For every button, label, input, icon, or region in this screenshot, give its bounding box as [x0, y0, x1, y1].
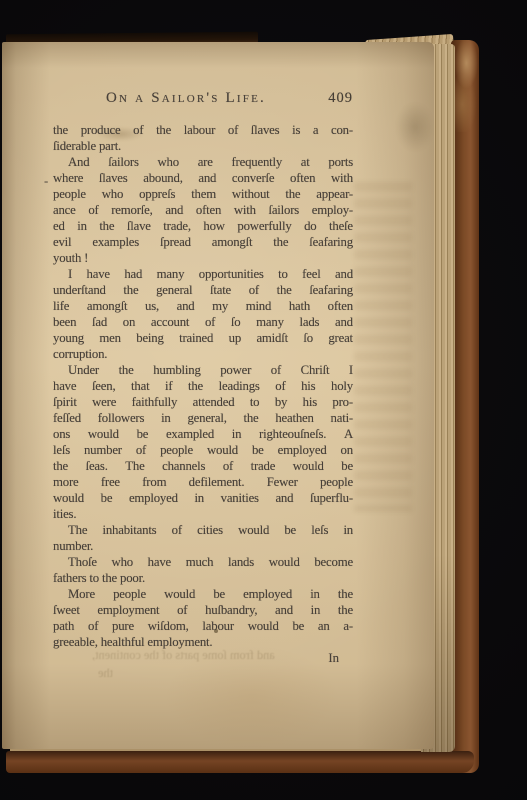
bleedthrough-margin-streaks [354, 182, 412, 512]
printed-text-block: On a Sailor's Life. 409 theproduceofthel… [53, 90, 353, 666]
text-line: whereſlavesabound,andconverſeoftenwith [53, 170, 353, 186]
text-line: anceofremorſe,andoftenwithſailorsemploy- [53, 202, 353, 218]
text-line: edintheſlavetrade,howpowerfullydotheſe [53, 218, 353, 234]
page-number: 409 [319, 90, 353, 107]
book-cover-right-edge [451, 40, 479, 773]
text-line: wouldbeemployedinvanitiesandſuperflu- [53, 490, 353, 506]
text-line: youth ! [53, 250, 353, 266]
book-photo-scene: - On a Sailor's Life. 409 theproduceofth… [0, 0, 527, 800]
text-line: beenſadonaccountofſomanyladsand [53, 314, 353, 330]
text-line: ities. [53, 506, 353, 522]
text-line: Thoſewhohavemuchlandswouldbecome [53, 554, 353, 570]
text-line: theſeas.Thechannelsoftradewouldbe [53, 458, 353, 474]
text-line: number. [53, 538, 353, 554]
bleedthrough-line: the [98, 666, 113, 681]
text-line: fathers to the poor. [53, 570, 353, 586]
margin-print-artifact: - [44, 174, 48, 189]
worn-leather-corner [451, 40, 479, 132]
text-body: theproduceofthelabourofſlavesisacon-ſide… [53, 122, 353, 650]
text-line: Andſailorswhoarefrequentlyatports [53, 154, 353, 170]
text-line: Theinhabitantsofcitieswouldbeleſsin [53, 522, 353, 538]
text-line: Morepeoplewouldbeemployedinthe [53, 586, 353, 602]
text-line: theproduceofthelabourofſlavesisacon- [53, 122, 353, 138]
running-head-title: On a Sailor's Life. [53, 90, 319, 107]
bleedthrough-line: and from ſome parts of the continent, [92, 648, 275, 663]
text-line: evilexamplesſpreadamongſttheſeafaring [53, 234, 353, 250]
text-line: feſſedfollowersingeneral,theheathennati- [53, 410, 353, 426]
text-line: UnderthehumblingpowerofChriſtI [53, 362, 353, 378]
text-line: peoplewhooppreſsthemwithouttheappear- [53, 186, 353, 202]
text-line: corruption. [53, 346, 353, 362]
text-line: morefreefromdefilement.Fewerpeople [53, 474, 353, 490]
corner-smudge-stain [392, 100, 438, 160]
text-line: ſiderable part. [53, 138, 353, 154]
text-line: onswouldbeexampledinrighteouſneſs.A [53, 426, 353, 442]
text-line: Ihavehadmanyopportunitiestofeeland [53, 266, 353, 282]
text-line: pathofpurewiſdom,labourwouldbeana- [53, 618, 353, 634]
running-head: On a Sailor's Life. 409 [53, 90, 353, 110]
verso-bleedthrough-text: and from ſome parts of the continent, th… [92, 646, 332, 664]
text-line: underſtandthegeneralſtateoftheſeafaring [53, 282, 353, 298]
text-line: ſpiritwerefaithfullyattendedtobyhispro- [53, 394, 353, 410]
text-line: lifeamongſtus,andmymindhathoften [53, 298, 353, 314]
text-line: leſsnumberofpeoplewouldbeemployedon [53, 442, 353, 458]
text-line: ſweetemploymentofhuſbandry,andinthe [53, 602, 353, 618]
book-cover-bottom-edge [6, 751, 474, 773]
text-line: haveſeen,thatiftheleadingsofhisholy [53, 378, 353, 394]
text-line: youngmenbeingtrainedupamidſtſogreat [53, 330, 353, 346]
